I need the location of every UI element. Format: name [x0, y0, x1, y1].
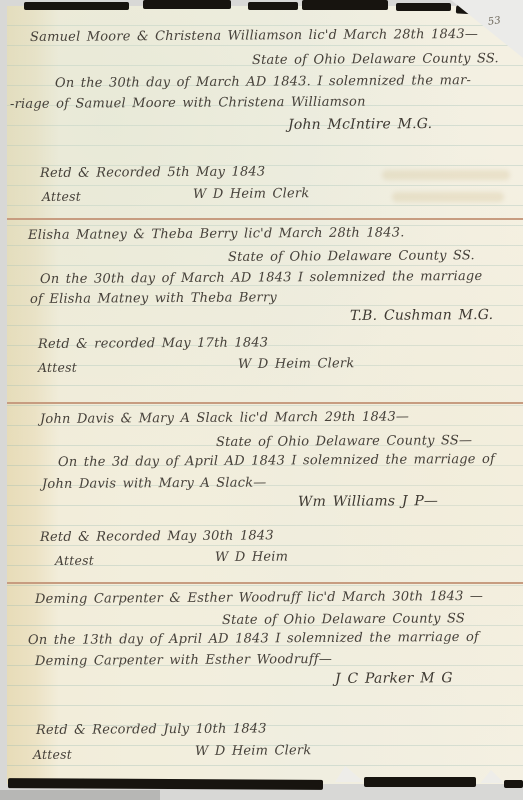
torn-edge-top	[396, 3, 451, 11]
return-recorded-line: Retd & Recorded July 10th 1843	[36, 721, 267, 738]
solemnization-line-1: On the 30th day of March AD 1843 I solem…	[40, 269, 482, 287]
minister-signature: T.B. Cushman M.G.	[350, 307, 493, 324]
solemnization-line-1: On the 3d day of April AD 1843 I solemni…	[58, 452, 495, 470]
clerk-signature: W D Heim Clerk	[238, 356, 354, 372]
state-county-line: State of Ohio Delaware County SS—	[216, 433, 472, 450]
solemnization-line-2: -riage of Samuel Moore with Christena Wi…	[10, 95, 366, 112]
record-divider-rule	[7, 582, 523, 584]
page-number: 53	[487, 15, 501, 28]
solemnization-line-2: Deming Carpenter with Esther Woodruff—	[35, 652, 332, 669]
state-county-line: State of Ohio Delaware County SS.	[228, 248, 475, 265]
torn-edge-bottom	[504, 780, 523, 788]
record-title-line: Samuel Moore & Christena Williamson lic'…	[30, 27, 478, 45]
record-title-line: John Davis & Mary A Slack lic'd March 29…	[40, 409, 409, 427]
minister-signature: J C Parker M G	[335, 670, 453, 687]
solemnization-line-1: On the 13th day of April AD 1843 I solem…	[28, 630, 479, 648]
attest-label: Attest	[55, 553, 94, 568]
return-recorded-line: Retd & Recorded 5th May 1843	[40, 164, 265, 181]
attest-label: Attest	[38, 360, 77, 375]
attest-label: Attest	[42, 189, 81, 204]
torn-edge-top	[302, 0, 388, 10]
clerk-signature: W D Heim Clerk	[193, 186, 309, 202]
torn-edge-bottom	[364, 777, 476, 787]
return-recorded-line: Retd & recorded May 17th 1843	[38, 335, 268, 352]
solemnization-line-2: John Davis with Mary A Slack—	[42, 475, 267, 492]
torn-edge-bottom	[8, 778, 323, 790]
record-divider-rule	[7, 402, 523, 404]
return-recorded-line: Retd & Recorded May 30th 1843	[40, 528, 274, 545]
record-title-line: Deming Carpenter & Esther Woodruff lic'd…	[35, 589, 483, 607]
clerk-signature: W D Heim	[215, 549, 288, 565]
state-county-line: State of Ohio Delaware County SS.	[252, 51, 499, 68]
ink-bleedthrough	[392, 192, 504, 202]
minister-signature: Wm Williams J P—	[298, 493, 438, 510]
record-title-line: Elisha Matney & Theba Berry lic'd March …	[28, 225, 405, 243]
scan-background-shadow	[0, 790, 160, 800]
scanned-ledger-page: 53 Samuel Moore & Christena Williamson l…	[0, 0, 523, 800]
solemnization-line-1: On the 30th day of March AD 1843. I sole…	[55, 73, 471, 91]
record-divider-rule	[7, 218, 523, 220]
torn-edge-top	[248, 2, 298, 10]
torn-edge-top	[143, 0, 231, 9]
ink-bleedthrough	[382, 170, 510, 180]
solemnization-line-2: of Elisha Matney with Theba Berry	[30, 290, 277, 307]
attest-label: Attest	[33, 747, 72, 762]
torn-edge-top	[24, 2, 129, 10]
clerk-signature: W D Heim Clerk	[195, 743, 311, 759]
minister-signature: John McIntire M.G.	[288, 116, 432, 133]
state-county-line: State of Ohio Delaware County SS	[222, 611, 465, 628]
